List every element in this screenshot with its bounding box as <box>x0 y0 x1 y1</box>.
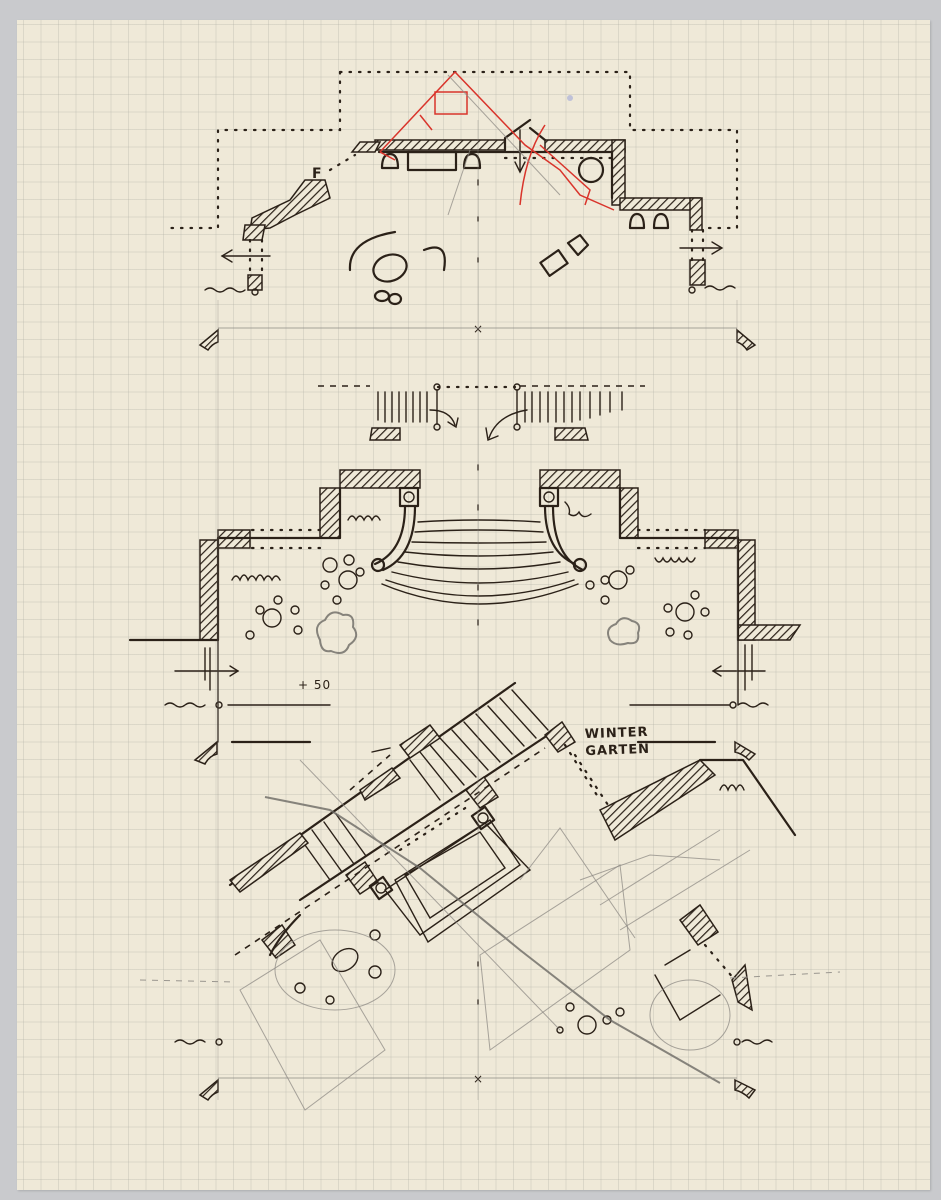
top-plan: × <box>170 72 755 350</box>
architectural-drawing: × <box>0 0 941 1200</box>
f-mark-label: F <box>312 166 323 183</box>
elevation-mark-label: + 50 <box>298 677 331 694</box>
winter-garten-label: WINTER GARTEN <box>584 724 650 760</box>
middle-plan <box>130 384 800 764</box>
ink-spot <box>567 95 573 101</box>
winter-label-line2: GARTEN <box>585 741 650 760</box>
